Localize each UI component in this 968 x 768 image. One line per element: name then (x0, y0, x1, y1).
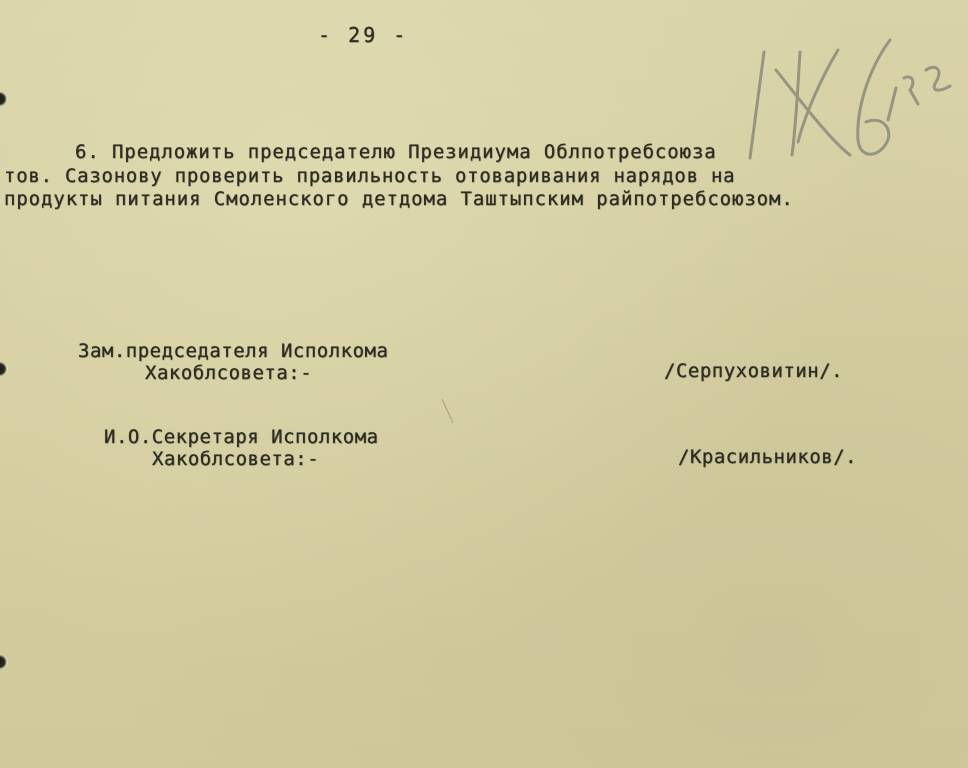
paper-fiber (442, 399, 454, 423)
punch-hole-mark (0, 92, 8, 106)
paragraph-line: продукты питания Смоленского детдома Таш… (4, 190, 794, 209)
punch-hole-mark (0, 655, 8, 669)
signature-title: Зам.председателя Исполкома (78, 342, 388, 361)
signatory-name: /Серпуховитин/. (664, 362, 843, 381)
signature-title: Хакоблсовета:- (152, 450, 319, 469)
signature-title: И.О.Секретаря Исполкома (104, 428, 379, 447)
document-page: - 29 - 6. Предложить председателю Презид… (0, 0, 968, 768)
paragraph-line: тов. Сазонову проверить правильность ото… (4, 167, 735, 186)
signature-title: Хакоблсовета:- (145, 364, 312, 383)
paragraph-line: 6. Предложить председателю Президиума Об… (75, 143, 717, 162)
signatory-name: /Красильников/. (678, 448, 857, 467)
archival-pencil-note (740, 30, 968, 170)
punch-hole-mark (0, 362, 8, 376)
page-number: - 29 - (318, 25, 408, 45)
